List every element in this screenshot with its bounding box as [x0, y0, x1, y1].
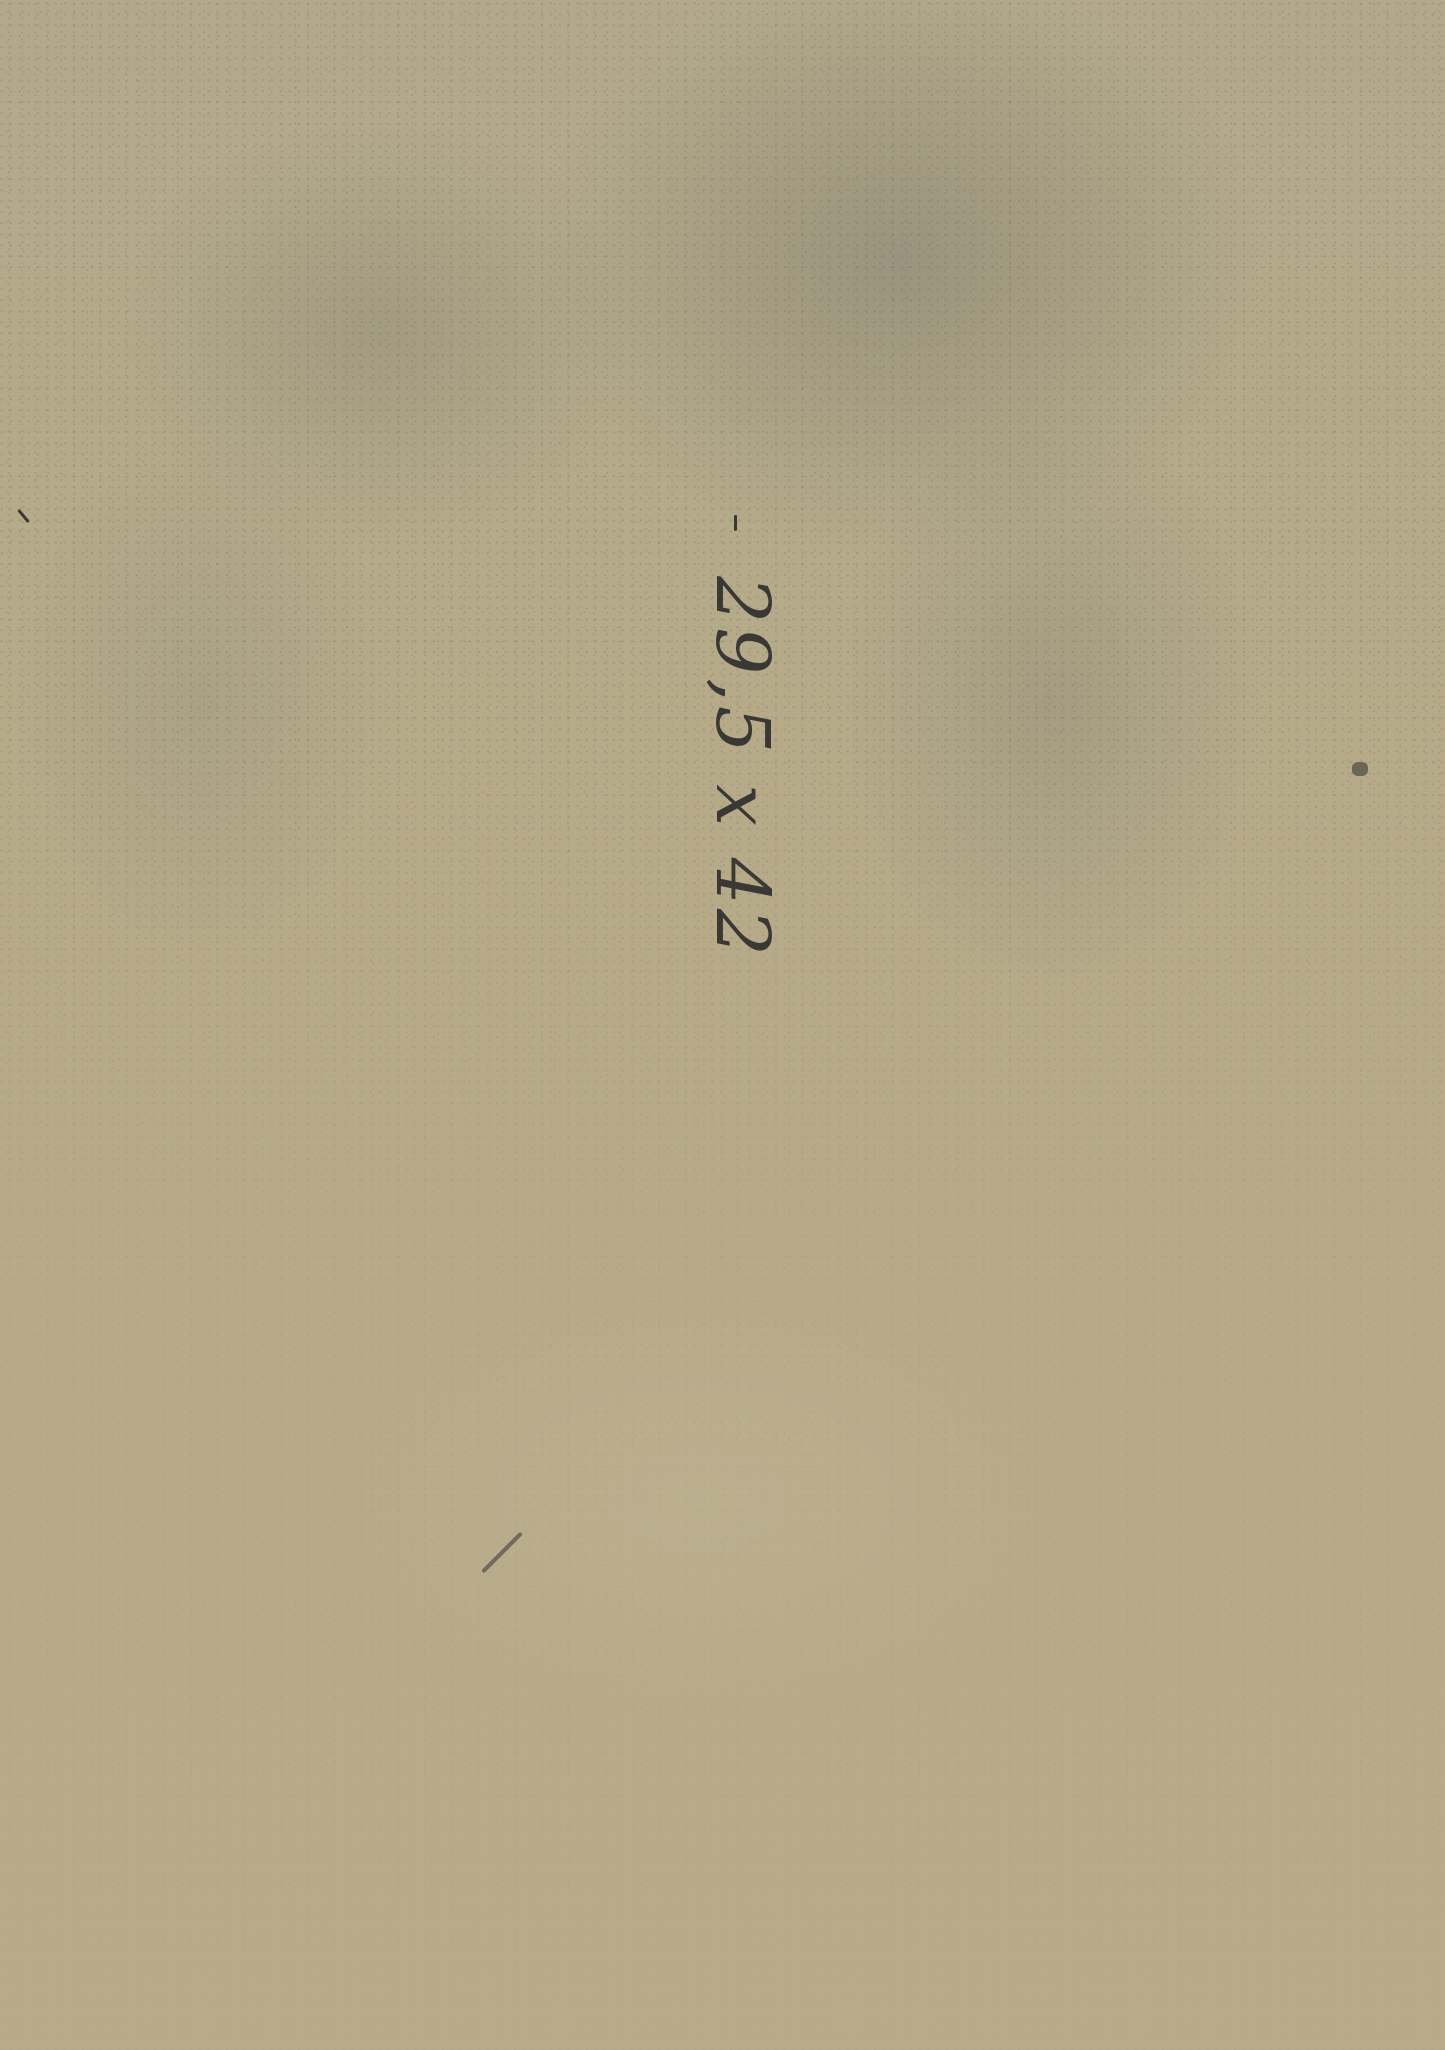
paper-stains: [0, 0, 1445, 2050]
pencil-tick: [734, 515, 737, 531]
handwritten-dimensions: 29,5 x 42: [699, 576, 785, 960]
paper-spot: [1352, 762, 1368, 776]
